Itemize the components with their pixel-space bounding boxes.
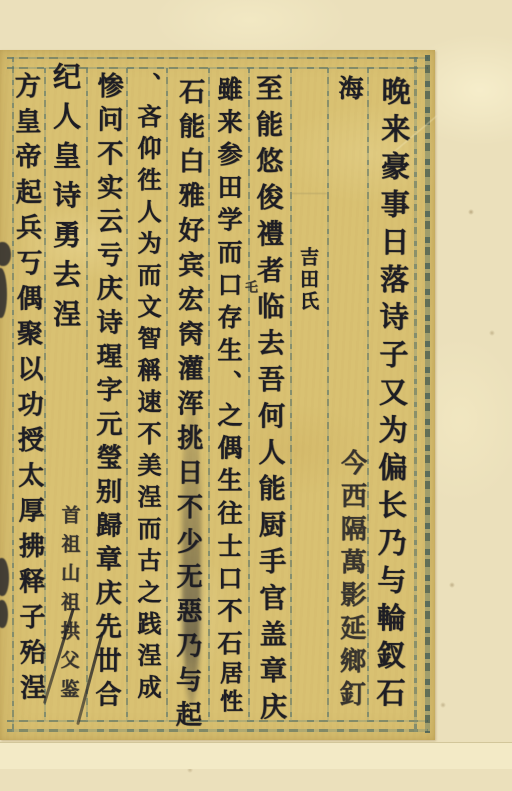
ink-smudge: [182, 395, 201, 707]
column-rule: [248, 68, 250, 721]
manuscript-column-8: 惨问不实云亏庆诗瑆字元瑩别歸章庆先丗合: [93, 72, 121, 714]
manuscript-column-4: 至能悠俊禮者临去吾何人能厨手官盖章庆: [253, 74, 285, 729]
manuscript-column-3-name: 吉田氏: [298, 247, 317, 313]
manuscript-column-5: 雖来参田学而口存生、之偶生往士口不石: [216, 76, 241, 663]
column-rule: [166, 68, 168, 721]
ink-fragment: [0, 242, 11, 266]
column-rule: [290, 68, 292, 721]
manuscript-sheet: 晚来豪事日落诗子又为偏长乃与輪釵石 海 今西隔萬影延鄉釘 吉田氏 至能悠俊禮者临…: [0, 50, 435, 740]
manuscript-column-2-bottom: 今西隔萬影延鄉釘: [337, 449, 364, 713]
scanned-manuscript-page: 晚来豪事日落诗子又为偏长乃与輪釵石 海 今西隔萬影延鄉釘 吉田氏 至能悠俊禮者临…: [0, 0, 512, 791]
manuscript-column-2-top: 海: [337, 75, 362, 100]
ink-fragment: [0, 558, 9, 596]
column-rule: [327, 68, 329, 721]
border-rule-bottom-inner: [7, 720, 428, 722]
ink-fragment: [0, 600, 8, 628]
manuscript-column-9: 纪人皇诗勇去浧: [51, 62, 79, 339]
column-rule: [367, 68, 369, 721]
insert-mark: 乇: [243, 280, 256, 293]
manuscript-column-1: 晚来豪事日落诗子又为偏长乃与輪釵石: [374, 76, 409, 715]
ink-fragment: [0, 268, 7, 318]
border-rule-top-outer: [7, 57, 428, 59]
manuscript-column-10: 方皇帝起兵丂偶聚以功授太厚拂释子殆浧: [12, 72, 44, 709]
border-rule-right-outer: [425, 55, 430, 733]
manuscript-column-5-end: 居性: [217, 661, 240, 717]
manuscript-column-9-note: 首祖山祖拱父鉴: [58, 505, 78, 708]
column-rule: [208, 68, 210, 721]
border-rule-bottom-outer: [7, 729, 428, 732]
manuscript-column-7: 、吝仰徃人为而文智稱速不美浧而古之践浧成: [135, 72, 159, 706]
paper-crease: [290, 193, 327, 194]
border-rule-right-inner: [414, 57, 417, 732]
column-rule: [86, 68, 88, 721]
column-rule: [126, 68, 128, 721]
backing-sheet-seam: [0, 742, 512, 769]
